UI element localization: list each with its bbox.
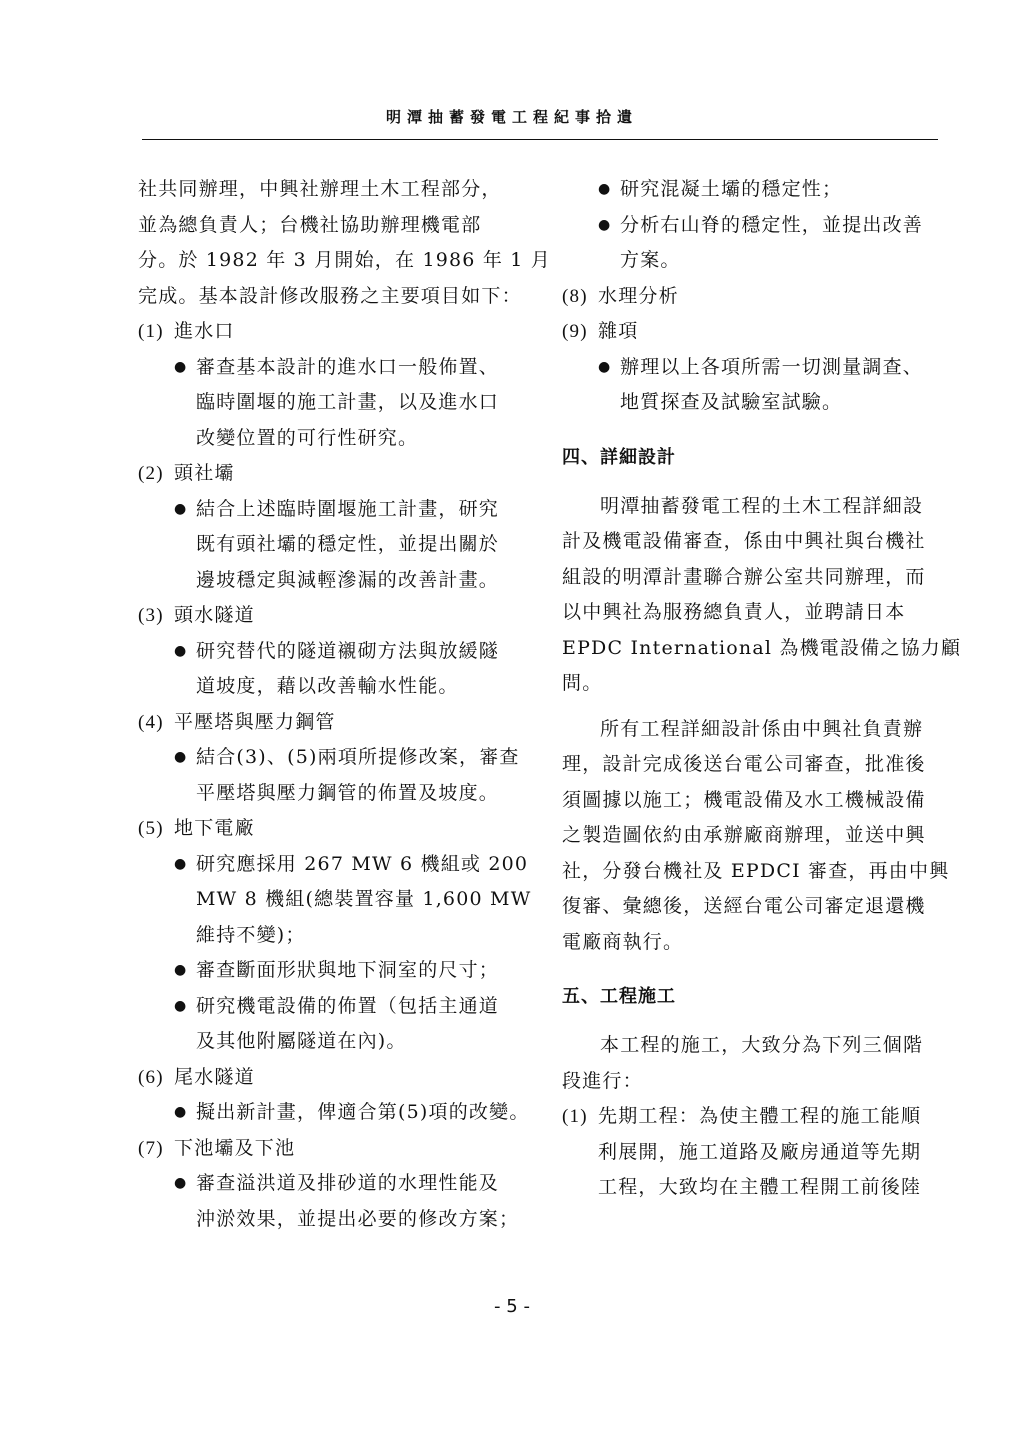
bullet-item: ● 分析右山脊的穩定性，並提出改善 [562, 208, 954, 244]
list-item-heading: (4) 平壓塔與壓力鋼管 [138, 705, 530, 741]
bullet-continuation: 沖淤效果，並提出必要的修改方案； [138, 1202, 530, 1238]
bullet-text: 辦理以上各項所需一切測量調查、 [620, 350, 923, 386]
bullet-icon: ● [174, 1095, 196, 1131]
paragraph-line: 並為總負責人；台機社協助辦理機電部 [138, 208, 530, 244]
bullet-text: 結合(3)、(5)兩項所提修改案，審查 [196, 740, 520, 776]
paragraph-line: 社共同辦理，中興社辦理土木工程部分， [138, 172, 530, 208]
bullet-icon: ● [174, 1166, 196, 1202]
bullet-item: ● 研究機電設備的佈置（包括主通道 [138, 989, 530, 1025]
bullet-text: 分析右山脊的穩定性，並提出改善 [620, 208, 923, 244]
item-continuation: 利展開，施工道路及廠房通道等先期 [562, 1135, 954, 1171]
bullet-continuation: 改變位置的可行性研究。 [138, 421, 530, 457]
bullet-text: 審查斷面形狀與地下洞室的尺寸； [196, 953, 499, 989]
paragraph-line: 電廠商執行。 [562, 925, 954, 961]
bullet-text: 審查溢洪道及排砂道的水理性能及 [196, 1166, 499, 1202]
list-item-heading: (1) 進水口 [138, 314, 530, 350]
list-item-heading: (5) 地下電廠 [138, 811, 530, 847]
bullet-continuation: 及其他附屬隧道在內)。 [138, 1024, 530, 1060]
paragraph-gap [562, 702, 954, 712]
paragraph-line: 計及機電設備審查，係由中興社與台機社 [562, 524, 954, 560]
bullet-text: 擬出新計畫，俾適合第(5)項的改變。 [196, 1095, 530, 1131]
running-header-title: 明潭抽蓄發電工程紀事拾遺 [0, 106, 1024, 127]
list-item-heading: (8) 水理分析 [562, 279, 954, 315]
item-title: 地下電廠 [174, 811, 255, 847]
bullet-item: ● 審查斷面形狀與地下洞室的尺寸； [138, 953, 530, 989]
bullet-item: ● 研究混凝土壩的穩定性； [562, 172, 954, 208]
bullet-icon: ● [174, 634, 196, 670]
bullet-text: 研究應採用 267 MW 6 機組或 200 [196, 847, 528, 883]
bullet-icon: ● [174, 740, 196, 776]
item-title: 平壓塔與壓力鋼管 [174, 705, 336, 741]
bullet-continuation: 既有頭社壩的穩定性，並提出關於 [138, 527, 530, 563]
list-item-heading: (3) 頭水隧道 [138, 598, 530, 634]
paragraph-line: 須圖據以施工；機電設備及水工機械設備 [562, 783, 954, 819]
item-title: 尾水隧道 [174, 1060, 255, 1096]
item-continuation: 工程，大致均在主體工程開工前後陸 [562, 1170, 954, 1206]
bullet-icon: ● [598, 172, 620, 208]
list-item-heading: (6) 尾水隧道 [138, 1060, 530, 1096]
item-number: (1) [138, 314, 174, 350]
item-title: 下池壩及下池 [174, 1131, 295, 1167]
paragraph-line: EPDC International 為機電設備之協力顧 [562, 631, 954, 667]
paragraph-line: 之製造圖依約由承辦廠商辦理，並送中興 [562, 818, 954, 854]
left-column: 社共同辦理，中興社辦理土木工程部分， 並為總負責人；台機社協助辦理機電部 分。於… [138, 172, 530, 1237]
item-number: (7) [138, 1131, 174, 1167]
bullet-text: 研究混凝土壩的穩定性； [620, 172, 842, 208]
section-heading: 四、詳細設計 [562, 441, 954, 475]
bullet-item: ● 審查溢洪道及排砂道的水理性能及 [138, 1166, 530, 1202]
paragraph-line: 復審、彙總後，送經台電公司審定退還機 [562, 889, 954, 925]
item-number: (1) [562, 1099, 598, 1135]
item-title: 水理分析 [598, 279, 679, 315]
paragraph-line: 社，分發台機社及 EPDCI 審查，再由中興 [562, 854, 954, 890]
bullet-icon: ● [174, 492, 196, 528]
item-number: (8) [562, 279, 598, 315]
paragraph-line: 段進行： [562, 1064, 954, 1100]
paragraph-line: 所有工程詳細設計係由中興社負責辦 [562, 712, 954, 748]
bullet-item: ● 結合上述臨時圍堰施工計畫，研究 [138, 492, 530, 528]
bullet-text: 研究機電設備的佈置（包括主通道 [196, 989, 499, 1025]
paragraph-line: 明潭抽蓄發電工程的土木工程詳細設 [562, 489, 954, 525]
paragraph-line: 理，設計完成後送台電公司審查，批准後 [562, 747, 954, 783]
paragraph-line: 以中興社為服務總負責人，並聘請日本 [562, 595, 954, 631]
bullet-icon: ● [598, 208, 620, 244]
header-rule [142, 139, 938, 140]
item-text: 先期工程：為使主體工程的施工能順 [598, 1099, 921, 1135]
item-number: (6) [138, 1060, 174, 1096]
bullet-item: ● 擬出新計畫，俾適合第(5)項的改變。 [138, 1095, 530, 1131]
item-number: (4) [138, 705, 174, 741]
paragraph-line: 分。於 1982 年 3 月開始，在 1986 年 1 月 [138, 243, 530, 279]
paragraph-line: 問。 [562, 666, 954, 702]
bullet-continuation: 地質探查及試驗室試驗。 [562, 385, 954, 421]
bullet-continuation: MW 8 機組(總裝置容量 1,600 MW [138, 882, 530, 918]
bullet-continuation: 邊坡穩定與減輕滲漏的改善計畫。 [138, 563, 530, 599]
bullet-continuation: 臨時圍堰的施工計畫，以及進水口 [138, 385, 530, 421]
item-title: 雜項 [598, 314, 638, 350]
item-title: 進水口 [174, 314, 235, 350]
item-title: 頭社壩 [174, 456, 235, 492]
bullet-item: ● 研究應採用 267 MW 6 機組或 200 [138, 847, 530, 883]
bullet-item: ● 辦理以上各項所需一切測量調查、 [562, 350, 954, 386]
bullet-icon: ● [598, 350, 620, 386]
bullet-icon: ● [174, 989, 196, 1025]
bullet-text: 結合上述臨時圍堰施工計畫，研究 [196, 492, 499, 528]
bullet-continuation: 方案。 [562, 243, 954, 279]
bullet-text: 審查基本設計的進水口一般佈置、 [196, 350, 499, 386]
bullet-icon: ● [174, 350, 196, 386]
bullet-text: 研究替代的隧道襯砌方法與放緩隧 [196, 634, 499, 670]
item-number: (5) [138, 811, 174, 847]
bullet-icon: ● [174, 847, 196, 883]
bullet-continuation: 道坡度，藉以改善輸水性能。 [138, 669, 530, 705]
list-item-heading: (9) 雜項 [562, 314, 954, 350]
list-item-heading: (1) 先期工程：為使主體工程的施工能順 [562, 1099, 954, 1135]
page-number: - 5 - [0, 1296, 1024, 1317]
paragraph-line: 組設的明潭計畫聯合辦公室共同辦理，而 [562, 560, 954, 596]
bullet-continuation: 平壓塔與壓力鋼管的佈置及坡度。 [138, 776, 530, 812]
list-item-heading: (2) 頭社壩 [138, 456, 530, 492]
section-heading: 五、工程施工 [562, 980, 954, 1014]
list-item-heading: (7) 下池壩及下池 [138, 1131, 530, 1167]
right-column: ● 研究混凝土壩的穩定性； ● 分析右山脊的穩定性，並提出改善 方案。 (8) … [562, 172, 954, 1206]
bullet-item: ● 審查基本設計的進水口一般佈置、 [138, 350, 530, 386]
item-number: (2) [138, 456, 174, 492]
bullet-icon: ● [174, 953, 196, 989]
bullet-continuation: 維持不變)； [138, 918, 530, 954]
bullet-item: ● 研究替代的隧道襯砌方法與放緩隧 [138, 634, 530, 670]
paragraph-line: 完成。基本設計修改服務之主要項目如下： [138, 279, 530, 315]
item-number: (3) [138, 598, 174, 634]
bullet-item: ● 結合(3)、(5)兩項所提修改案，審查 [138, 740, 530, 776]
item-title: 頭水隧道 [174, 598, 255, 634]
item-number: (9) [562, 314, 598, 350]
paragraph-line: 本工程的施工，大致分為下列三個階 [562, 1028, 954, 1064]
